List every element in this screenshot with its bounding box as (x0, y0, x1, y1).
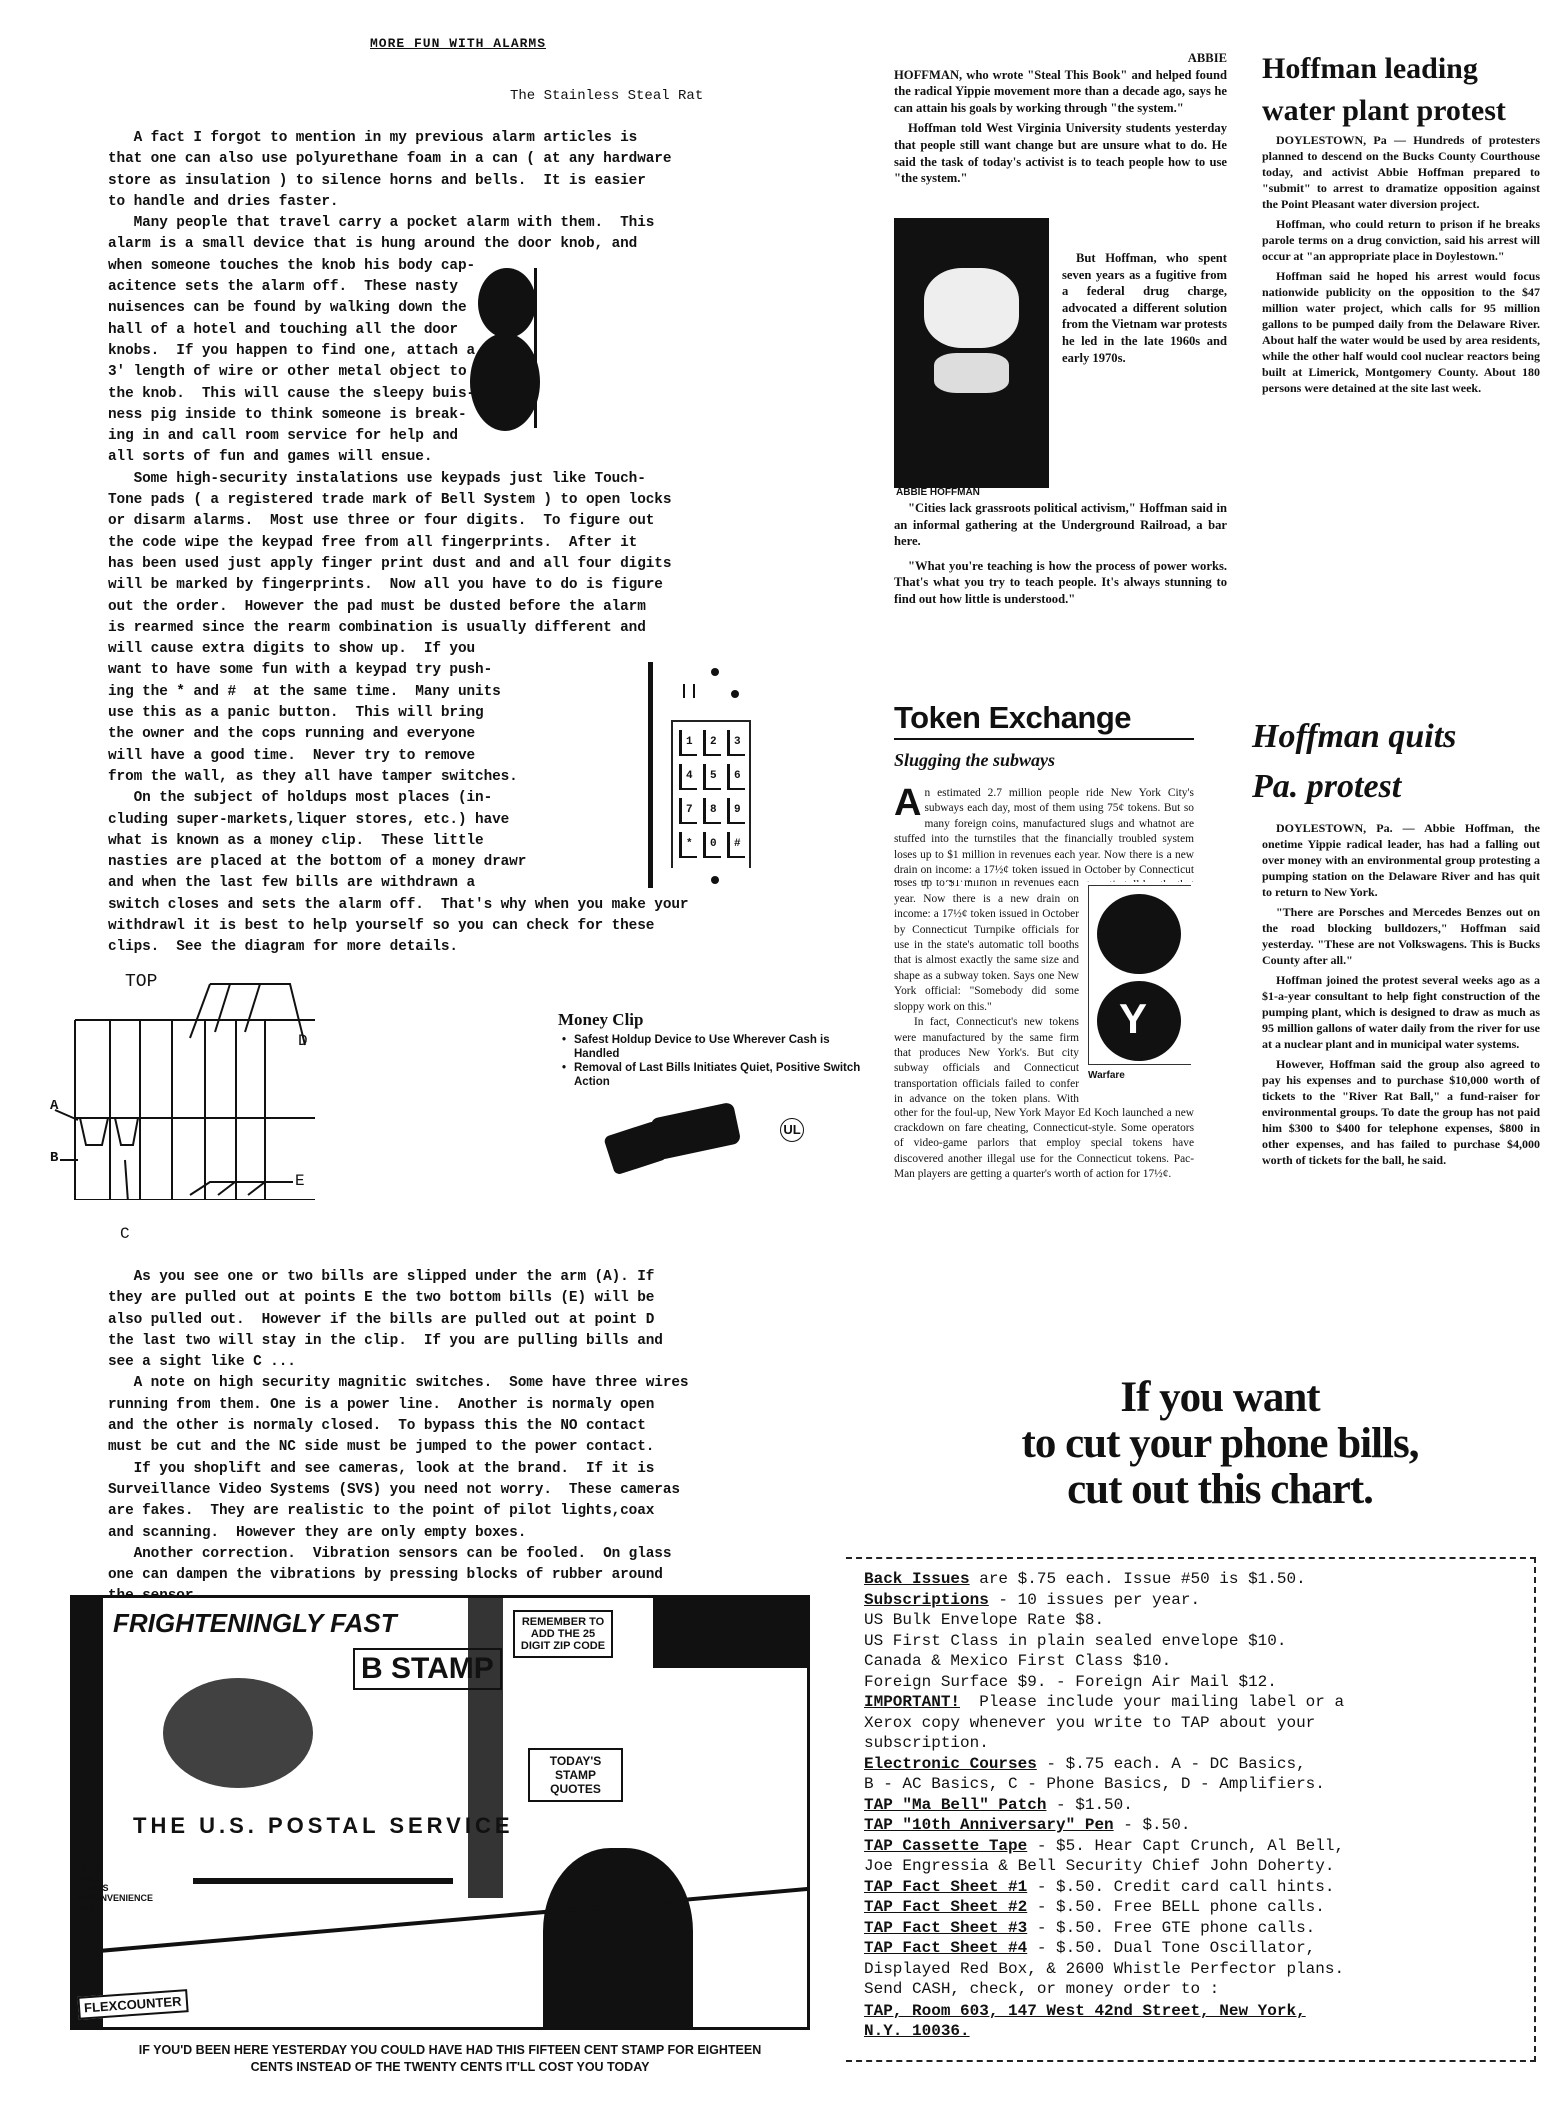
hoffman-system-wrap: But Hoffman, who spent seven years as a … (1062, 250, 1227, 370)
keypad-key: 8 (703, 798, 721, 824)
hoffman-system-continued: "Cities lack grassroots political activi… (894, 500, 1227, 612)
order-item-detail: US Bulk Envelope Rate $8. (864, 1611, 1104, 1629)
token-exchange-headline: Token Exchange (894, 700, 1194, 740)
order-item-name: TAP Fact Sheet #2 (864, 1898, 1027, 1916)
hoffman-quits-article: DOYLESTOWN, Pa. — Abbie Hoffman, the one… (1262, 820, 1540, 1172)
order-line: Send CASH, check, or money order to : (864, 1979, 1344, 2000)
keypad-key: 9 (727, 798, 745, 824)
order-item-name: Subscriptions (864, 1591, 989, 1609)
cartoon-tax-sign: PLUS TWO CENTS INCONVENIENCE TAX (78, 1863, 118, 1913)
tap-address: TAP, Room 603, 147 West 42nd Street, New… (864, 2001, 1306, 2041)
paragraph: "What you're teaching is how the process… (894, 558, 1227, 608)
diagram-label-a: A (50, 1098, 58, 1114)
token-exchange-continued: In fact, Connecticut's new tokens were m… (894, 1104, 1194, 1324)
keypad-key: 7 (679, 798, 697, 824)
order-item-detail: - $5. Hear Capt Crunch, Al Bell, (1027, 1837, 1344, 1855)
order-line: B - AC Basics, C - Phone Basics, D - Amp… (864, 1774, 1344, 1795)
keypad-illustration: 1 2 3 4 5 6 7 8 9 * 0 # (648, 662, 776, 888)
door-knob-alarm-image (470, 268, 580, 438)
cartoon-caption: IF YOU'D BEEN HERE YESTERDAY YOU COULD H… (80, 2042, 820, 2076)
order-line: TAP "Ma Bell" Patch - $1.50. (864, 1795, 1344, 1816)
ul-certification-icon: UL (780, 1118, 804, 1142)
postal-service-cartoon: FRIGHTENINGLY FAST B STAMP REMEMBER TO A… (70, 1595, 810, 2030)
address-line: N.Y. 10036. (864, 2021, 1306, 2041)
keypad-key: 2 (703, 730, 721, 756)
order-line: Displayed Red Box, & 2600 Whistle Perfec… (864, 1959, 1344, 1980)
headline-line: Hoffman quits (1252, 712, 1456, 762)
photo-caption: ABBIE HOFFMAN (896, 487, 980, 498)
order-item-detail: B - AC Basics, C - Phone Basics, D - Amp… (864, 1775, 1325, 1793)
tokens-photo: Y (1088, 885, 1191, 1065)
ad-line: If you want (900, 1375, 1540, 1421)
paragraph-continued: n estimated 2.7 million people ride New … (894, 880, 1079, 1015)
order-item-name: TAP "10th Anniversary" Pen (864, 1816, 1114, 1834)
ad-line: to cut your phone bills, (900, 1421, 1540, 1467)
alarms-article-body-part1: A fact I forgot to mention in my previou… (108, 128, 688, 959)
order-line: US First Class in plain sealed envelope … (864, 1631, 1344, 1652)
tokens-caption: Warfare (1088, 1070, 1125, 1081)
token-exchange-intro: A n estimated 2.7 million people ride Ne… (894, 786, 1194, 882)
order-item-detail: - $1.50. (1046, 1796, 1132, 1814)
order-item-detail: - $.50. Dual Tone Oscillator, (1027, 1939, 1315, 1957)
order-item-detail: are $.75 each. Issue #50 is $1.50. (970, 1570, 1306, 1588)
order-item-name: Back Issues (864, 1570, 970, 1588)
cartoon-b-stamp: B STAMP (353, 1648, 502, 1690)
diagram-label-b: B (50, 1150, 58, 1166)
headline-line: Pa. protest (1252, 762, 1456, 812)
order-item-detail: US First Class in plain sealed envelope … (864, 1632, 1286, 1650)
order-item-name: IMPORTANT! (864, 1693, 960, 1711)
keypad-key: 1 (679, 730, 697, 756)
order-line: US Bulk Envelope Rate $8. (864, 1610, 1344, 1631)
order-item-detail: Foreign Surface $9. - Foreign Air Mail $… (864, 1673, 1277, 1691)
paragraph: Hoffman said he hoped his arrest would f… (1262, 268, 1540, 396)
order-line: Subscriptions - 10 issues per year. (864, 1590, 1344, 1611)
order-line: TAP Fact Sheet #2 - $.50. Free BELL phon… (864, 1897, 1344, 1918)
order-item-detail: Xerox copy whenever you write to TAP abo… (864, 1714, 1315, 1732)
diagram-label-d: D (298, 1032, 308, 1050)
order-item-detail: Please include your mailing label or a (960, 1693, 1344, 1711)
token-exchange-wrap: n estimated 2.7 million people ride New … (894, 880, 1079, 1104)
order-line: subscription. (864, 1733, 1344, 1754)
order-item-detail: - $.50. Free BELL phone calls. (1027, 1898, 1325, 1916)
paragraph: Hoffman told West Virginia University st… (894, 120, 1227, 186)
money-clip-features: Safest Holdup Device to Use Wherever Cas… (562, 1033, 862, 1089)
paragraph: "Cities lack grassroots political activi… (894, 500, 1227, 550)
order-item-name: TAP Fact Sheet #4 (864, 1939, 1027, 1957)
token-exchange-subhead: Slugging the subways (894, 750, 1055, 771)
paragraph: DOYLESTOWN, Pa — Hundreds of protesters … (1262, 132, 1540, 212)
paragraph-continued: In fact, Connecticut's new tokens were m… (894, 1104, 1194, 1183)
order-item-detail: - $.50. (1114, 1816, 1191, 1834)
paragraph: DOYLESTOWN, Pa. — Abbie Hoffman, the one… (1262, 820, 1540, 900)
money-clip-photo (608, 1110, 748, 1180)
cartoon-banner: FRIGHTENINGLY FAST (113, 1608, 397, 1639)
keypad-key: # (727, 832, 745, 858)
order-line: TAP Fact Sheet #3 - $.50. Free GTE phone… (864, 1918, 1344, 1939)
paragraph: Hoffman, who could return to prison if h… (1262, 216, 1540, 264)
order-line: Xerox copy whenever you write to TAP abo… (864, 1713, 1344, 1734)
money-clip-diagram: TOP A B D E (50, 970, 460, 1200)
keypad-key: 5 (703, 764, 721, 790)
diagram-label-top: TOP (125, 972, 157, 992)
tap-order-box: Back Issues are $.75 each. Issue #50 is … (846, 1557, 1536, 2062)
order-line: TAP "10th Anniversary" Pen - $.50. (864, 1815, 1344, 1836)
order-line: Back Issues are $.75 each. Issue #50 is … (864, 1569, 1344, 1590)
money-clip-feature: Removal of Last Bills Initiates Quiet, P… (562, 1061, 862, 1089)
order-line: TAP Cassette Tape - $5. Hear Capt Crunch… (864, 1836, 1344, 1857)
order-item-name: TAP "Ma Bell" Patch (864, 1796, 1046, 1814)
order-item-detail: - $.50. Credit card call hints. (1027, 1878, 1334, 1896)
order-line: Canada & Mexico First Class $10. (864, 1651, 1344, 1672)
hoffman-leading-article: DOYLESTOWN, Pa — Hundreds of protesters … (1262, 132, 1540, 400)
order-item-name: Electronic Courses (864, 1755, 1037, 1773)
order-item-detail: - 10 issues per year. (989, 1591, 1200, 1609)
order-line: Foreign Surface $9. - Foreign Air Mail $… (864, 1672, 1344, 1693)
caption-line: CENTS INSTEAD OF THE TWENTY CENTS IT'LL … (80, 2059, 820, 2076)
hoffman-quits-headline: Hoffman quits Pa. protest (1252, 712, 1456, 812)
caption-line: IF YOU'D BEEN HERE YESTERDAY YOU COULD H… (80, 2042, 820, 2059)
paragraph: HOFFMAN, who wrote "Steal This Book" and… (894, 67, 1227, 117)
drop-cap: A (894, 788, 921, 818)
alarms-article-byline: The Stainless Steal Rat (510, 88, 703, 104)
connecticut-token-icon (1097, 894, 1181, 974)
abbie-hoffman-photo (894, 218, 1049, 488)
paragraph: However, Hoffman said the group also agr… (1262, 1056, 1540, 1168)
order-item-detail: Canada & Mexico First Class $10. (864, 1652, 1171, 1670)
hoffman-lead-name: ABBIE (894, 50, 1227, 67)
keypad-key: 4 (679, 764, 697, 790)
paragraph: In fact, Connecticut's new tokens were m… (894, 1015, 1079, 1104)
order-item-detail: Joe Engressia & Bell Security Chief John… (864, 1857, 1334, 1875)
order-line: TAP Fact Sheet #1 - $.50. Credit card ca… (864, 1877, 1344, 1898)
cartoon-stamp-quotes-sign: TODAY'S STAMP QUOTES (528, 1748, 623, 1802)
order-line: Joe Engressia & Bell Security Chief John… (864, 1856, 1344, 1877)
order-item-detail: Displayed Red Box, & 2600 Whistle Perfec… (864, 1960, 1344, 1978)
order-line: TAP Fact Sheet #4 - $.50. Dual Tone Osci… (864, 1938, 1344, 1959)
paragraph: Hoffman joined the protest several weeks… (1262, 972, 1540, 1052)
cartoon-zip-sign: REMEMBER TO ADD THE 25 DIGIT ZIP CODE (513, 1610, 613, 1658)
diagram-label-e: E (295, 1172, 305, 1190)
address-line: TAP, Room 603, 147 West 42nd Street, New… (864, 2001, 1306, 2021)
diagram-label-c: C (120, 1225, 130, 1243)
order-line: IMPORTANT! Please include your mailing l… (864, 1692, 1344, 1713)
keypad-key: 6 (727, 764, 745, 790)
paragraph: "There are Porsches and Mercedes Benzes … (1262, 904, 1540, 968)
order-item-name: TAP Fact Sheet #3 (864, 1919, 1027, 1937)
order-item-name: TAP Cassette Tape (864, 1837, 1027, 1855)
hoffman-leading-headline: Hoffman leading water plant protest (1262, 48, 1542, 132)
phone-bills-ad: If you want to cut your phone bills, cut… (900, 1375, 1540, 1513)
ad-line: cut out this chart. (900, 1467, 1540, 1513)
order-item-detail: - $.75 each. A - DC Basics, (1037, 1755, 1306, 1773)
keypad-key: 0 (703, 832, 721, 858)
alarms-article-title: MORE FUN WITH ALARMS (370, 36, 546, 51)
paragraph: n estimated 2.7 million people ride New … (894, 787, 1194, 882)
keypad-key: * (679, 832, 697, 858)
subway-token-icon: Y (1097, 981, 1181, 1061)
order-list: Back Issues are $.75 each. Issue #50 is … (864, 1569, 1344, 2000)
money-clip-feature: Safest Holdup Device to Use Wherever Cas… (562, 1033, 862, 1061)
order-item-detail: subscription. (864, 1734, 989, 1752)
paragraph: But Hoffman, who spent seven years as a … (1062, 250, 1227, 366)
alarms-article-body-part2: As you see one or two bills are slipped … (108, 1267, 688, 1608)
order-item-name: TAP Fact Sheet #1 (864, 1878, 1027, 1896)
order-line: Electronic Courses - $.75 each. A - DC B… (864, 1754, 1344, 1775)
keypad-key: 3 (727, 730, 745, 756)
hoffman-system-article: ABBIE HOFFMAN, who wrote "Steal This Boo… (894, 50, 1227, 191)
cartoon-postal-sign: THE U.S. POSTAL SERVICE (133, 1813, 514, 1839)
order-item-detail: - $.50. Free GTE phone calls. (1027, 1919, 1315, 1937)
order-item-detail: Send CASH, check, or money order to : (864, 1980, 1219, 1998)
money-clip-title: Money Clip (558, 1010, 643, 1030)
